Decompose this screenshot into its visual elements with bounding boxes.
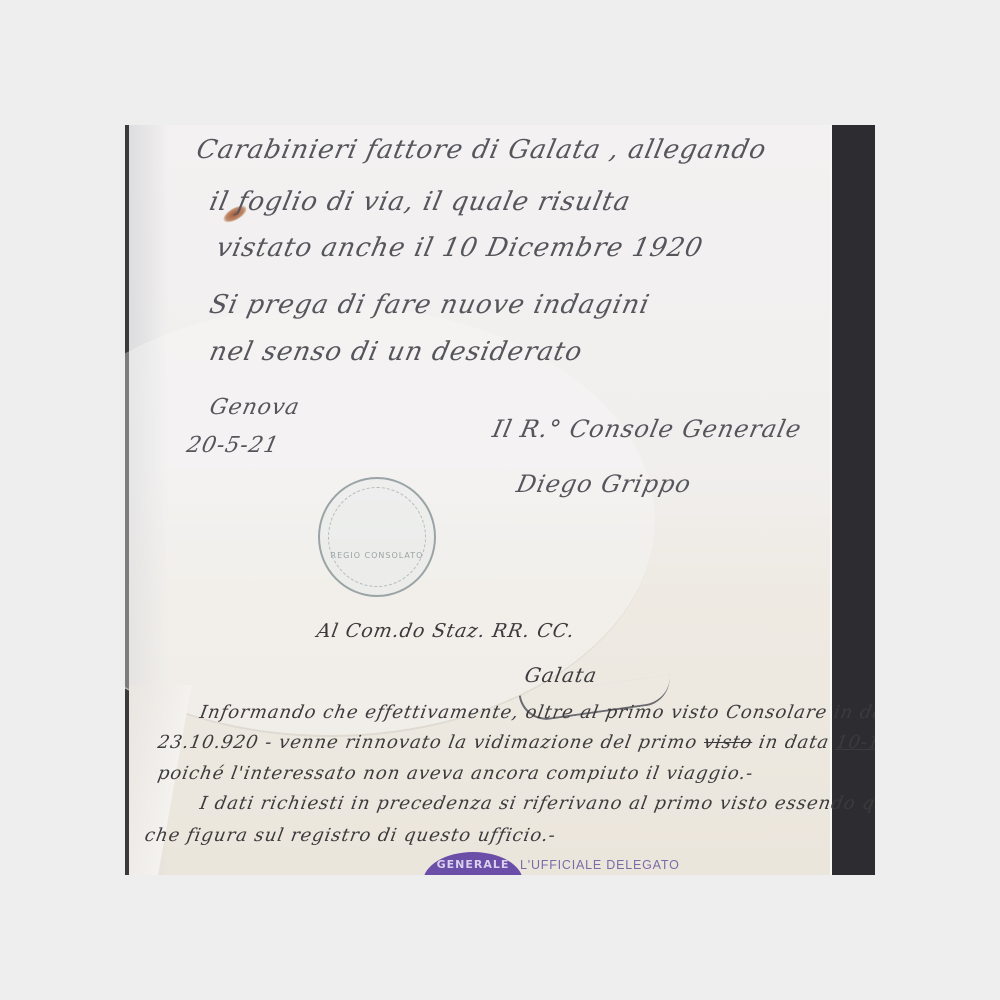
upper-line-1: Carabinieri fattore di Galata , allegand… xyxy=(194,135,770,165)
body-line-2-mid: in data xyxy=(750,732,837,753)
consular-seal: REGIO CONSOLATO xyxy=(318,477,436,597)
body-line-1: Informando che effettivamente, oltre al … xyxy=(198,702,875,723)
dark-background-band xyxy=(832,125,875,875)
scanned-document: Carabinieri fattore di Galata , allegand… xyxy=(125,125,875,875)
upper-line-4: Si prega di fare nuove indagini xyxy=(207,290,653,320)
seal-ring xyxy=(328,487,426,587)
addressee-place: Galata xyxy=(523,663,599,687)
addressee-line: Al Com.do Staz. RR. CC. xyxy=(315,620,577,642)
body-line-2-start: 23.10.920 - venne rinnovato la vidimazio… xyxy=(156,732,706,753)
body-line-2: 23.10.920 - venne rinnovato la vidimazio… xyxy=(156,732,875,753)
signature-title: Il R.° Console Generale xyxy=(490,415,804,443)
upper-line-2: il foglio di via, il quale risulta xyxy=(207,187,634,217)
place-text: Genova xyxy=(207,395,302,420)
seal-text: REGIO CONSOLATO xyxy=(320,551,434,560)
upper-line-5: nel senso di un desiderato xyxy=(207,337,586,367)
underlined-date: 10-12-920 xyxy=(834,732,875,753)
body-line-5: che figura sul registro di questo uffici… xyxy=(143,825,557,846)
upper-line-3: vistato anche il 10 Dicembre 1920 xyxy=(214,233,706,263)
body-line-3: poiché l'interessato non aveva ancora co… xyxy=(156,763,755,784)
body-line-4: I dati richiesti in precedenza si riferi… xyxy=(198,793,875,814)
officer-label: L'UFFICIALE DELEGATO xyxy=(520,858,680,872)
signature-name: Diego Grippo xyxy=(514,470,694,498)
stamp-text: GENERALE xyxy=(423,858,523,871)
date-text: 20-5-21 xyxy=(184,433,281,458)
struck-word: visto xyxy=(702,732,754,753)
